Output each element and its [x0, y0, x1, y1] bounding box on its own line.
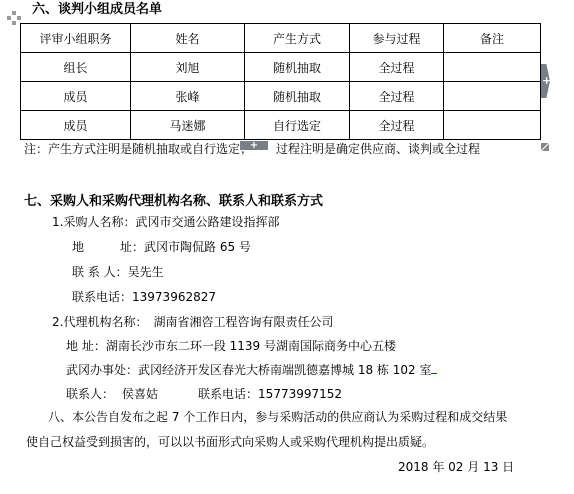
table-cell[interactable]: 成员 [21, 111, 131, 140]
table-cell[interactable]: 组长 [21, 53, 131, 82]
section8-line2: 使自己权益受到损害的，可以以书面形式向采购人或采购代理机构提出质疑。 [26, 433, 434, 450]
table-cell[interactable]: 全过程 [350, 82, 444, 111]
plus-icon: + [250, 140, 258, 151]
table-cell[interactable]: 成员 [21, 82, 131, 111]
table-cell[interactable]: 刘旭 [131, 53, 245, 82]
note-text: 过程注明是确定供应商、谈判或全过程 [276, 142, 480, 156]
table-cell[interactable]: 随机抽取 [245, 82, 350, 111]
address-label: 地 址： [66, 339, 106, 353]
phone-value: 15773997152 [258, 387, 342, 401]
address-value: 武冈市陶侃路 65 号 [144, 240, 251, 254]
add-row-button[interactable]: + [240, 141, 268, 150]
phone-label: 联系电话： [198, 387, 258, 401]
header-cell[interactable]: 备注 [444, 24, 541, 53]
table-cell[interactable]: 张峰 [131, 82, 245, 111]
table-cell[interactable]: 全过程 [350, 53, 444, 82]
table-resize-handle-icon[interactable] [541, 143, 549, 151]
table-cell[interactable] [444, 82, 541, 111]
purchaser-address: 地 址：武冈市陶侃路 65 号 [72, 238, 251, 255]
purchaser-phone: 联系电话：13973962827 [72, 288, 216, 305]
plus-icon: + [542, 74, 551, 87]
header-cell[interactable]: 参与过程 [350, 24, 444, 53]
table-row: 成员 张峰 随机抽取 全过程 [21, 82, 541, 111]
text-cursor [431, 363, 437, 374]
section8-line1: 八、本公告自发布之起 7 个工作日内，参与采购活动的供应商认为采购过程和成交结果 [48, 408, 507, 425]
table-cell[interactable] [444, 111, 541, 140]
table-row: 成员 马迷娜 自行选定 全过程 [21, 111, 541, 140]
contact-label: 联系人： [66, 387, 114, 401]
address-label: 地 址： [72, 240, 144, 254]
agency-address: 地 址：湖南长沙市东二环一段 1139 号湖南国际商务中心五楼 [66, 337, 396, 354]
purchaser-contact: 联 系 人：吴先生 [72, 263, 164, 280]
address-value: 湖南长沙市东二环一段 1139 号湖南国际商务中心五楼 [106, 339, 396, 353]
table-cell[interactable] [444, 53, 541, 82]
table-move-handle-icon[interactable] [7, 11, 21, 25]
add-column-button[interactable]: + [541, 64, 550, 98]
table-cell[interactable]: 马迷娜 [131, 111, 245, 140]
section6-title: 六、谈判小组成员名单 [32, 0, 162, 17]
contact-value: 吴先生 [128, 265, 164, 279]
header-cell[interactable]: 评审小组职务 [21, 24, 131, 53]
table-row: 组长 刘旭 随机抽取 全过程 [21, 53, 541, 82]
phone-label: 联系电话： [72, 290, 132, 304]
contact-label: 联 系 人： [72, 265, 128, 279]
table-cell[interactable]: 全过程 [350, 111, 444, 140]
header-cell[interactable]: 姓名 [131, 24, 245, 53]
agency-contact: 联系人：侯喜姑联系电话：15773997152 [66, 385, 342, 402]
section7-title: 七、采购人和采购代理机构名称、联系人和联系方式 [24, 190, 323, 209]
announcement-date: 2018 年 02 月 13 日 [398, 458, 514, 475]
table-cell[interactable]: 随机抽取 [245, 53, 350, 82]
table-header-row: 评审小组职务 姓名 产生方式 参与过程 备注 [21, 24, 541, 53]
members-table: 评审小组职务 姓名 产生方式 参与过程 备注 组长 刘旭 随机抽取 全过程 成员… [20, 23, 541, 140]
agency-name: 2.代理机构名称： 湖南省湘咨工程咨询有限责任公司 [52, 313, 333, 330]
office-label: 武冈办事处： [66, 363, 138, 377]
office-value: 武冈经济开发区春光大桥南端凯德嘉博城 18 栋 102 室 [138, 363, 431, 377]
phone-value: 13973962827 [132, 290, 216, 304]
purchaser-name: 1.采购人名称：武冈市交通公路建设指挥部 [52, 213, 279, 230]
table-cell[interactable]: 自行选定 [245, 111, 350, 140]
header-cell[interactable]: 产生方式 [245, 24, 350, 53]
contact-value: 侯喜姑 [122, 387, 158, 401]
agency-office: 武冈办事处：武冈经济开发区春光大桥南端凯德嘉博城 18 栋 102 室 [66, 361, 437, 378]
note-text: 注：产生方式注明是随机抽取或自行选定； [24, 142, 252, 156]
